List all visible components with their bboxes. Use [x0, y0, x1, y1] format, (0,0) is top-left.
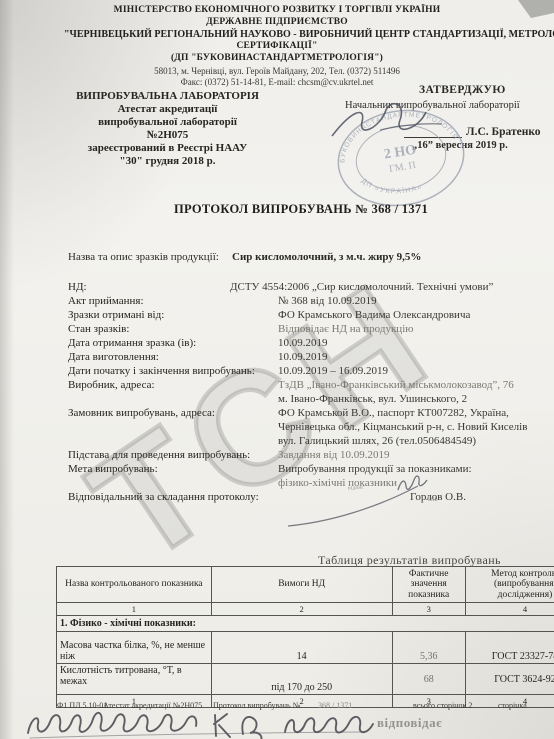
detail-value: № 368 від 10.09.2019	[278, 294, 554, 308]
accreditation-block: ВИПРОБУВАЛЬНА ЛАБОРАТОРІЯ Атестат акреди…	[40, 90, 295, 168]
results-table: Назва контрольованого показника Вимоги Н…	[56, 566, 554, 708]
detail-value: 10.09.2019 – 16.09.2019	[278, 364, 554, 378]
detail-value: ФО Крамськой В.О., паспорт КТ007282, Укр…	[278, 406, 554, 448]
footer-total-pages: всього сторінок 2	[413, 701, 472, 710]
registry-line: зареєстрований в Реєстрі НААУ	[40, 142, 295, 155]
footer-protocol-label: Протокол випробувань №	[213, 701, 300, 710]
col-number: 2	[211, 603, 392, 616]
state-enterprise-line: ДЕРЖАВНЕ ПІДПРИЄМСТВО	[0, 17, 554, 27]
scanned-test-protocol-page: { "colors": { "paper": "#f2f1ed", "ink":…	[0, 0, 554, 739]
detail-value-line1: Випробування продукції за показниками:	[278, 462, 554, 476]
handwritten-verdict-word: відповідає	[377, 715, 442, 731]
detail-label: Виробник, адреса:	[68, 378, 278, 406]
certificate-number: №2Н075	[40, 129, 295, 142]
detail-value: Відповідає НД на продукцію	[278, 322, 554, 336]
detail-row-responsible: Відповідальний за складання протоколу: Г…	[68, 490, 554, 504]
table-header-row: Назва контрольованого показника Вимоги Н…	[57, 567, 554, 603]
requirement-cell: 14	[211, 632, 392, 664]
stamp-center-line2: ГМ. П	[388, 160, 416, 175]
certificate-line1: Атестат акредитації	[40, 103, 295, 116]
detail-row-act: Акт приймання: № 368 від 10.09.2019	[68, 294, 554, 308]
detail-value-line3: вул. Галицький шлях, 26 (тел.0506484549)	[278, 434, 554, 448]
footer-protocol-number: 368 / 1371	[318, 701, 352, 710]
sample-value: Сир кисломолочний, з м.ч. жиру 9,5%	[232, 251, 421, 263]
protocol-title: ПРОТОКОЛ ВИПРОБУВАНЬ № 368 / 1371	[0, 202, 554, 217]
detail-row-nd: НД: ДСТУ 4554:2006 „Сир кисломолочний. Т…	[68, 280, 554, 294]
method-cell: ГОСТ 3624-92	[465, 664, 554, 695]
ministry-line: МІНІСТЕРСТВО ЕКОНОМІЧНОГО РОЗВИТКУ І ТОР…	[0, 5, 554, 15]
detail-row-purpose: Мета випробувань: Випробування продукції…	[68, 462, 554, 490]
col-header-method: Метод контролю (випробування, дослідженн…	[465, 567, 554, 603]
detail-value: 10.09.2019	[278, 350, 554, 364]
approver-role: Начальник випробувальної лабораторії	[345, 100, 520, 111]
org-short-name: (ДП "БУКОВИНАСТАНДАРТМЕТРОЛОГІЯ")	[0, 53, 554, 63]
column-numbers-row: 1 2 3 4 5	[57, 603, 554, 616]
detail-value-line1: ФО Крамськой В.О., паспорт КТ007282, Укр…	[278, 406, 554, 420]
table-row: Кислотність титрована, °Т, в межах під 1…	[57, 664, 554, 695]
detail-row-condition: Стан зразків: Відповідає НД на продукцію	[68, 322, 554, 336]
detail-label: Відповідальний за складання протоколу:	[68, 490, 278, 504]
detail-value: ДСТУ 4554:2006 „Сир кисломолочний. Техні…	[230, 280, 554, 294]
certificate-line2: випробувальної лабораторії	[40, 116, 295, 129]
approver-name: Л.С. Братенко	[466, 126, 541, 138]
detail-row-basis: Підстава для проведення випробувань: Зав…	[68, 448, 554, 462]
detail-value-line2: м. Івано-Франківськ, вул. Ушинського, 2	[278, 392, 554, 406]
detail-row-received-from: Зразки отримані від: ФО Крамського Вадим…	[68, 308, 554, 322]
detail-label: Замовник випробувань, адреса:	[68, 406, 278, 448]
detail-value-line2: фізико-хімічні показники	[278, 476, 554, 490]
col-header-requirement: Вимоги НД	[211, 567, 392, 603]
method-cell: ГОСТ 23327-78	[465, 632, 554, 664]
detail-row-manufacturer: Виробник, адреса: ТзДВ „Івано-Франківськ…	[68, 378, 554, 406]
footer-page-label: сторінка	[498, 701, 527, 710]
org-name-line2: СЕРТИФІКАЦІЇ"	[0, 41, 554, 51]
lab-title: ВИПРОБУВАЛЬНА ЛАБОРАТОРІЯ	[40, 90, 295, 103]
svg-text:ДП «УКРАЇНА»: ДП «УКРАЇНА»	[359, 169, 424, 202]
requirement-cell: під 170 до 250	[211, 664, 392, 695]
detail-value: ФО Крамського Вадима Олександровича	[278, 308, 554, 322]
col-number: 3	[392, 603, 465, 616]
org-address: 58013, м. Чернівці, вул. Героїв Майдану,…	[0, 66, 554, 76]
registry-date: "30" грудня 2018 р.	[40, 155, 295, 168]
col-header-indicator: Назва контрольованого показника	[57, 567, 212, 603]
detail-label: Акт приймання:	[68, 294, 278, 308]
detail-row-customer: Замовник випробувань, адреса: ФО Крамськ…	[68, 406, 554, 448]
sample-label: Назва та опис зразків продукції:	[68, 251, 219, 263]
detail-label: Зразки отримані від:	[68, 308, 278, 322]
detail-value-line1: ТзДВ „Івано-Франківський міськмолокозаво…	[278, 378, 554, 392]
actual-value-cell: 5,36	[392, 632, 465, 664]
col-header-actual: Фактичне значення показника	[392, 567, 465, 603]
form-code: Ф1 ПЛ.5.10-01	[57, 701, 107, 710]
protocol-details: НД: ДСТУ 4554:2006 „Сир кисломолочний. Т…	[68, 280, 554, 504]
detail-label: Стан зразків:	[68, 322, 278, 336]
detail-row-date-received: Дата отримання зразка (ів): 10.09.2019	[68, 336, 554, 350]
col-number: 4	[465, 603, 554, 616]
footer-accreditation: Атестат акредитації №2Н075	[103, 701, 202, 710]
section-row: 1. Фізико - хімічні показники:	[57, 616, 554, 632]
detail-label: Підстава для проведення випробувань:	[68, 448, 278, 462]
approval-date: „16” вересня 2019 р.	[412, 140, 508, 151]
detail-label: Дати початку і закінчення випробувань:	[68, 364, 278, 378]
name-caption: ПІБ	[428, 497, 438, 503]
indicator-cell: Масова частка білка, %, не менше ніж	[57, 632, 212, 664]
table-row: Масова частка білка, %, не менше ніж 14 …	[57, 632, 554, 664]
detail-row-test-dates: Дати початку і закінчення випробувань: 1…	[68, 364, 554, 378]
indicator-cell: Кислотність титрована, °Т, в межах	[57, 664, 212, 695]
section-title: 1. Фізико - хімічні показники:	[57, 616, 554, 632]
detail-value: Завдання від 10.09.2019	[278, 448, 554, 462]
col-number: 1	[57, 603, 212, 616]
detail-row-date-made: Дата виготовлення: 10.09.2019	[68, 350, 554, 364]
actual-value-cell: 68	[392, 664, 465, 695]
signature-line	[404, 122, 462, 138]
detail-value: 10.09.2019	[278, 336, 554, 350]
detail-label: Дата отримання зразка (ів):	[68, 336, 278, 350]
detail-label: Мета випробувань:	[68, 462, 278, 490]
stamp-ring-bottom-text: ДП «УКРАЇНА»	[359, 169, 424, 202]
detail-value: ТзДВ „Івано-Франківський міськмолокозаво…	[278, 378, 554, 406]
detail-value: Випробування продукції за показниками: ф…	[278, 462, 554, 490]
approve-title: ЗАТВЕРДЖУЮ	[419, 84, 506, 96]
detail-label: Дата виготовлення:	[68, 350, 278, 364]
detail-value-line2: Чернівецька обл., Кіцманський р-н, с. Но…	[278, 420, 554, 434]
org-name-line: "ЧЕРНІВЕЦЬКИЙ РЕГІОНАЛЬНИЙ НАУКОВО - ВИР…	[64, 29, 554, 40]
